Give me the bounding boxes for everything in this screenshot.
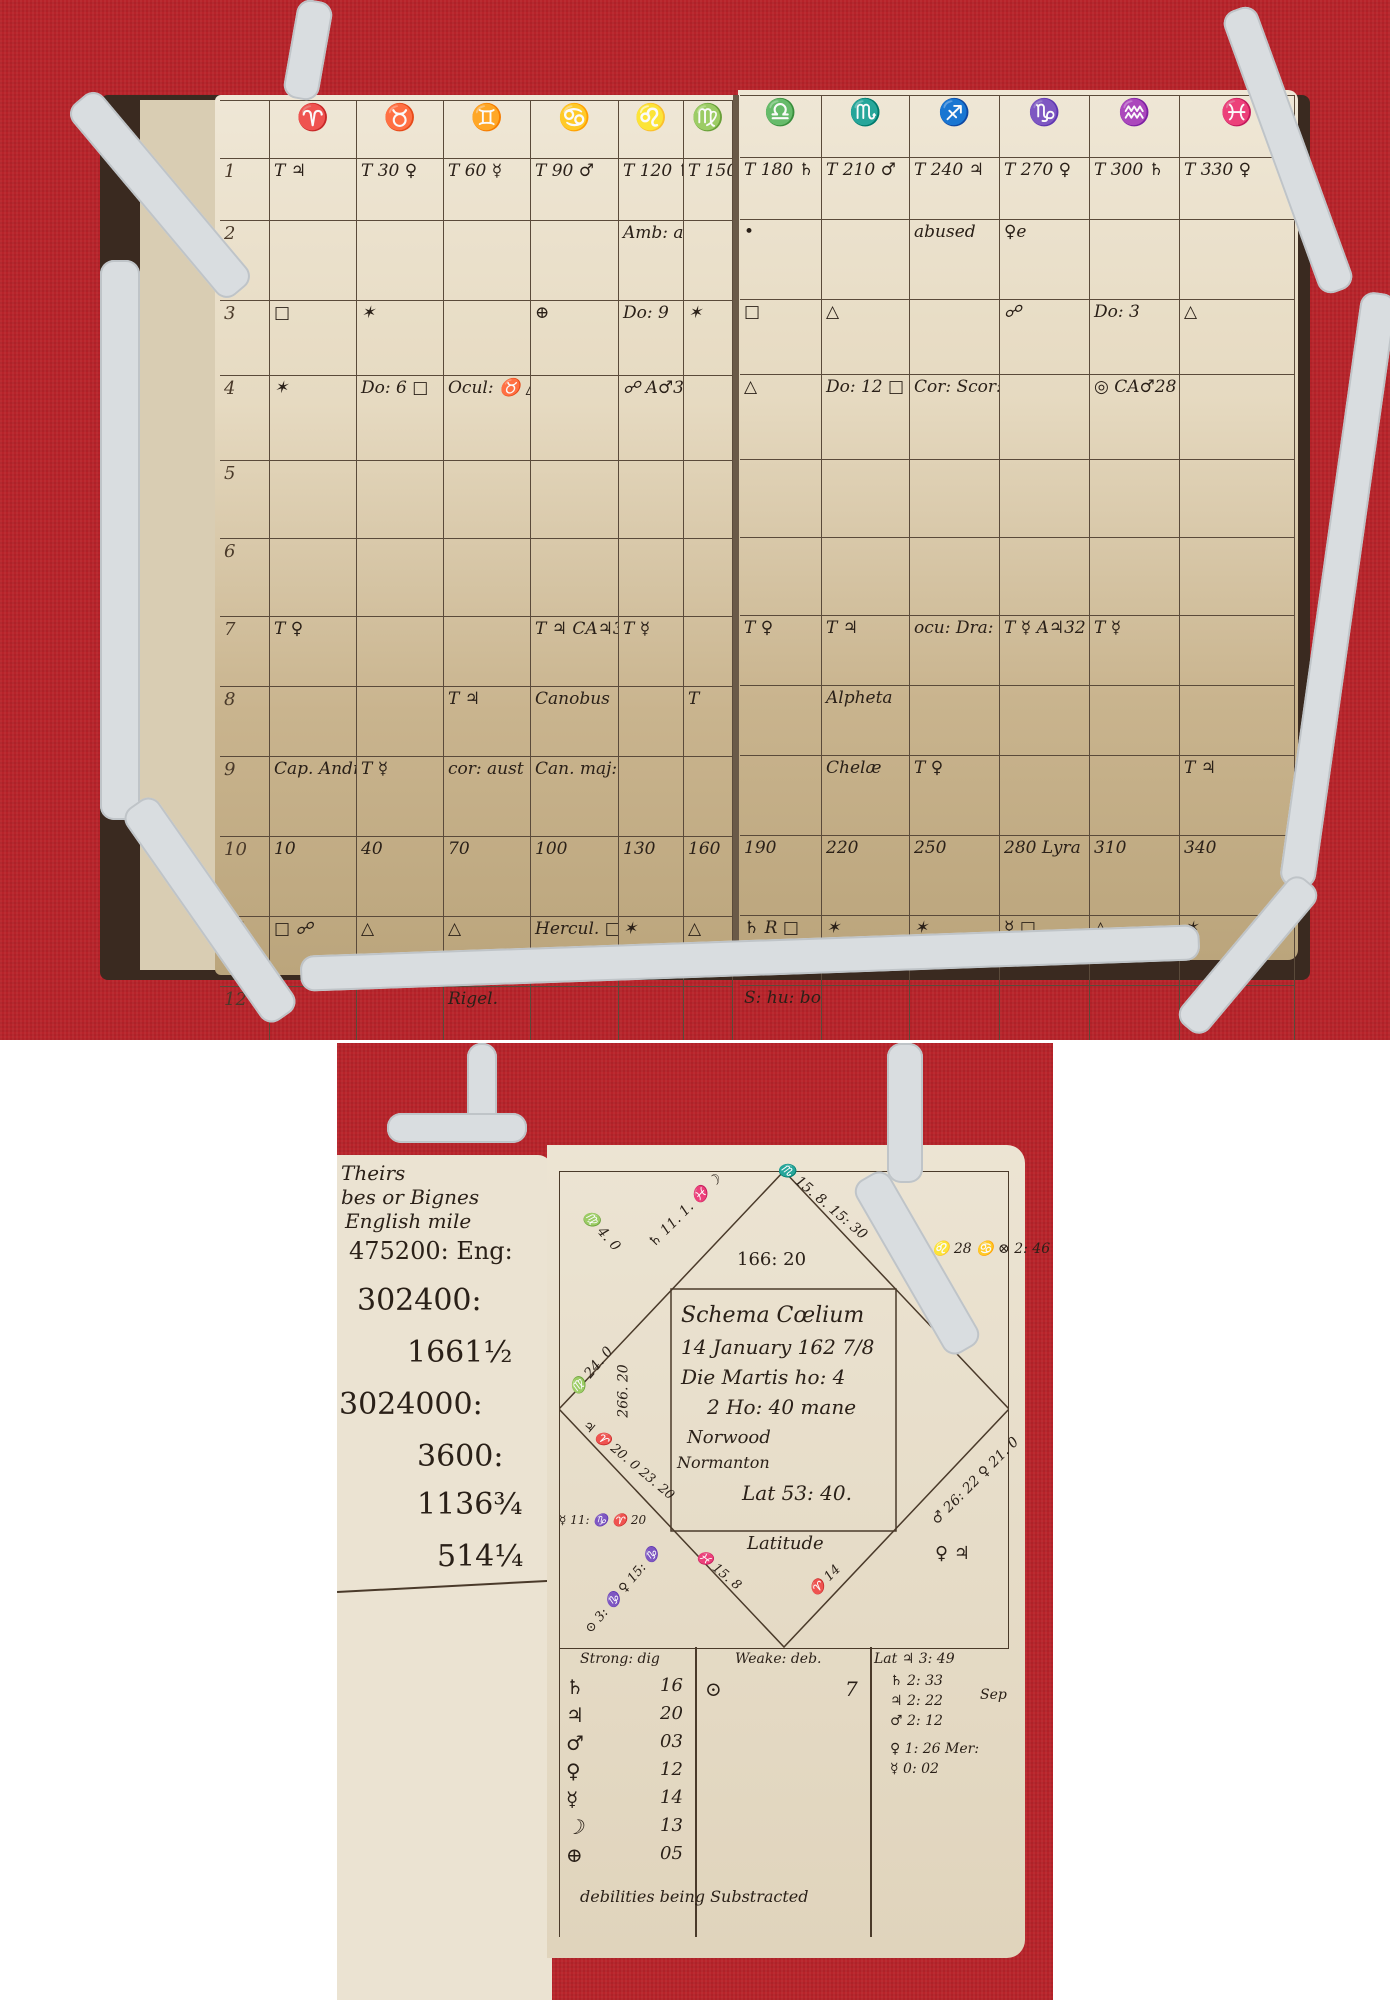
dignity-planet: ♀ <box>566 1759 581 1783</box>
table-cell <box>619 539 684 617</box>
table-cell <box>1180 375 1295 460</box>
sign-sagittarius: ♐ <box>910 96 1000 158</box>
table-cell <box>619 987 684 1040</box>
left-page-number: 302400: <box>357 1283 482 1318</box>
sign-aries: ♈ <box>270 101 357 159</box>
sign-libra: ♎ <box>740 96 822 158</box>
latitude-brace: Sep <box>980 1687 1007 1703</box>
chart-day: Die Martis ho: 4 <box>681 1365 845 1389</box>
chart-label: ☿ 11: ♑ ♈ 20 <box>559 1513 646 1527</box>
table-cell: 70 <box>444 837 531 917</box>
table-cell: ✶ <box>270 376 357 461</box>
sign-gemini: ♊ <box>444 101 531 159</box>
sign-capricorn: ♑ <box>1000 96 1090 158</box>
table-cell <box>1000 375 1090 460</box>
dignity-value: 03 <box>660 1731 683 1752</box>
table-cell: T 30 ♀ <box>357 159 444 221</box>
dignities-table: Strong: dig Weake: deb. Lat ♃ 3: 49 ♄ 16… <box>559 1647 1008 1937</box>
row-number: 6 <box>220 539 270 617</box>
table-cell <box>822 220 910 300</box>
table-cell <box>822 460 910 538</box>
table-cell: T <box>684 687 733 757</box>
chart-label: ♀ ♃ <box>935 1543 970 1564</box>
table-cell <box>1180 686 1295 756</box>
debility-planet: ⊙ <box>705 1677 722 1701</box>
right-aspect-table: ♎ ♏ ♐ ♑ ♒ ♓ T 180 ♄ T 210 ♂ T 240 ♃ T 27… <box>740 95 1295 956</box>
table-cell: Ocul: ♉ △ <box>444 376 531 461</box>
row-number: 9 <box>220 757 270 837</box>
gutter <box>733 95 739 965</box>
table-cell: T ♃ <box>444 687 531 757</box>
left-page-number: 3600: <box>417 1439 503 1474</box>
table-cell <box>1000 986 1090 1040</box>
table-cell <box>740 460 822 538</box>
dignity-value: 14 <box>660 1787 683 1808</box>
table-cell <box>684 617 733 687</box>
sign-aquarius: ♒ <box>1090 96 1180 158</box>
table-cell <box>619 461 684 539</box>
left-page-header: English mile <box>345 1209 471 1233</box>
table-cell <box>684 376 733 461</box>
table-cell <box>1090 756 1180 836</box>
table-cell: T 90 ♂ <box>531 159 619 221</box>
table-cell: Alpheta <box>822 686 910 756</box>
table-cell <box>357 461 444 539</box>
table-cell <box>357 687 444 757</box>
table-cell: 100 <box>531 837 619 917</box>
table-cell: Cor: Scor: ✶ <box>910 375 1000 460</box>
latitude-row: ♄ 2: 33 <box>890 1673 943 1689</box>
left-page-header: Theirs <box>341 1161 405 1185</box>
row-number: 3 <box>220 301 270 376</box>
dignity-planet: ☽ <box>566 1815 584 1839</box>
table-cell <box>1180 538 1295 616</box>
sign-scorpio: ♏ <box>822 96 910 158</box>
table-cell <box>684 539 733 617</box>
sign-leo: ♌ <box>619 101 684 159</box>
dignity-value: 20 <box>660 1703 683 1724</box>
table-cell: • <box>740 220 822 300</box>
table-cell: T 210 ♂ <box>822 158 910 220</box>
table-cell <box>270 461 357 539</box>
table-cell: △ <box>1180 300 1295 375</box>
chart-date: 14 January 162 7/8 <box>681 1335 874 1359</box>
table-cell: 40 <box>357 837 444 917</box>
row-number: 1 <box>220 159 270 221</box>
chart-label: ♌ 28 ♋ ⊗ 2: 46 <box>932 1241 1050 1257</box>
table-cell <box>444 221 531 301</box>
row-number: 4 <box>220 376 270 461</box>
latitude-row: ♀ 1: 26 Mer: <box>890 1741 979 1757</box>
table-cell <box>1000 686 1090 756</box>
table-cell <box>444 617 531 687</box>
table-cell: □ <box>270 301 357 376</box>
sign-virgo: ♍ <box>684 101 733 159</box>
left-aspect-table: ♈ ♉ ♊ ♋ ♌ ♍ 1 T ♃ T 30 ♀ T 60 ☿ T 90 ♂ T… <box>220 100 733 971</box>
table-cell: △ <box>740 375 822 460</box>
table-cell <box>910 986 1000 1040</box>
table-cell: T 270 ♀ <box>1000 158 1090 220</box>
table-cell: 190 <box>740 836 822 916</box>
sign-cancer: ♋ <box>531 101 619 159</box>
row-number: 5 <box>220 461 270 539</box>
table-cell <box>1180 616 1295 686</box>
table-cell: 160 <box>684 837 733 917</box>
table-cell <box>684 987 733 1040</box>
ribbon-strap <box>387 1113 527 1143</box>
latitude-row: ♃ 2: 22 <box>890 1693 943 1709</box>
dignity-value: 13 <box>660 1815 683 1836</box>
col-header: Weake: deb. <box>735 1651 821 1667</box>
debility-value: 7 <box>845 1677 858 1701</box>
chart-latitude: Lat 53: 40. <box>742 1481 852 1505</box>
table-cell <box>822 538 910 616</box>
table-cell: T ♀ <box>740 616 822 686</box>
table-cell <box>444 301 531 376</box>
table-cell <box>1180 220 1295 300</box>
table-cell <box>270 221 357 301</box>
chart-label: 266. 20 <box>616 1364 632 1417</box>
table-cell: △ <box>822 300 910 375</box>
dignity-planet: ☿ <box>566 1787 578 1811</box>
chart-label: 166: 20 <box>737 1249 806 1270</box>
table-cell: T 180 ♄ <box>740 158 822 220</box>
table-cell: 250 <box>910 836 1000 916</box>
left-page-number: 1136¾ <box>417 1487 522 1522</box>
table-cell <box>1090 986 1180 1040</box>
ribbon-strap <box>100 260 140 820</box>
table-cell: Do: 6 □ <box>357 376 444 461</box>
table-cell <box>531 539 619 617</box>
table-cell: Rigel. <box>444 987 531 1040</box>
table-cell: ✶ <box>684 301 733 376</box>
table-cell: T 150 <box>684 159 733 221</box>
table-cell: ♀e <box>1000 220 1090 300</box>
table-cell <box>1090 220 1180 300</box>
table-cell <box>444 539 531 617</box>
table-cell <box>1090 686 1180 756</box>
table-cell: Do: 9 <box>619 301 684 376</box>
col-header: Strong: dig <box>580 1651 660 1667</box>
table-cell <box>910 300 1000 375</box>
table-cell <box>270 687 357 757</box>
table-cell: Do: 12 □ <box>822 375 910 460</box>
sign-taurus: ♉ <box>357 101 444 159</box>
table-footer: debilities being Substracted <box>580 1887 809 1906</box>
ribbon-strap <box>887 1043 923 1183</box>
chart-place1: Norwood <box>687 1427 771 1448</box>
table-cell: Canobus <box>531 687 619 757</box>
table-cell: abused <box>910 220 1000 300</box>
latitude-row: ♂ 2: 12 <box>890 1713 943 1729</box>
table-cell <box>1000 460 1090 538</box>
left-page-number: 514¼ <box>437 1539 523 1574</box>
left-page-number: 3024000: <box>339 1387 483 1422</box>
table-cell: T ♀ <box>270 617 357 687</box>
table-cell: 280 Lyra <box>1000 836 1090 916</box>
table-cell <box>1090 460 1180 538</box>
table-cell <box>822 986 910 1040</box>
table-cell <box>531 461 619 539</box>
table-cell <box>740 756 822 836</box>
table-cell <box>1000 756 1090 836</box>
table-cell: Amb: alet <box>619 221 684 301</box>
left-page-header: bes or Bignes <box>341 1185 479 1209</box>
latitude-row: ☿ 0: 02 <box>890 1761 939 1777</box>
table-cell <box>740 686 822 756</box>
left-page-number: 1661½ <box>407 1335 512 1370</box>
dignity-planet: ♂ <box>566 1731 584 1755</box>
table-cell <box>910 538 1000 616</box>
left-page <box>337 1155 552 2000</box>
dignity-planet: ⊕ <box>566 1843 583 1867</box>
table-cell: cor: aust ♉ <box>444 757 531 837</box>
table-cell <box>270 539 357 617</box>
table-cell: 130 <box>619 837 684 917</box>
table-cell <box>531 221 619 301</box>
table-cell <box>357 987 444 1040</box>
table-cell <box>910 460 1000 538</box>
table-cell <box>1000 538 1090 616</box>
table-cell: Chelæ <box>822 756 910 836</box>
almanac-table-photo: ♈ ♉ ♊ ♋ ♌ ♍ 1 T ♃ T 30 ♀ T 60 ☿ T 90 ♂ T… <box>0 0 1390 1040</box>
table-cell <box>684 221 733 301</box>
table-cell: T 120 ♄ <box>619 159 684 221</box>
table-cell: T ♃ <box>822 616 910 686</box>
table-cell: T ☿ <box>619 617 684 687</box>
table-cell <box>910 686 1000 756</box>
table-cell: ◎ CA♂28 <box>1090 375 1180 460</box>
dignity-planet: ♃ <box>566 1703 584 1727</box>
table-cell: ✶ <box>357 301 444 376</box>
table-cell <box>1180 460 1295 538</box>
chart-title: Schema Cœlium <box>681 1303 864 1328</box>
chart-label: Latitude <box>747 1533 824 1554</box>
table-cell: □ <box>740 300 822 375</box>
table-cell <box>619 757 684 837</box>
table-cell: T 300 ♄ <box>1090 158 1180 220</box>
table-cell: Cap. Andr: <box>270 757 357 837</box>
table-cell: ☍ <box>1000 300 1090 375</box>
row-number: 7 <box>220 617 270 687</box>
table-cell: T ♃ CA♃32 <box>531 617 619 687</box>
chart-place2: Normanton <box>677 1453 770 1472</box>
table-cell: S: hu: boots <box>740 986 822 1040</box>
table-cell: T ♃ <box>1180 756 1295 836</box>
table-cell <box>531 376 619 461</box>
table-cell <box>531 987 619 1040</box>
col-header: Lat ♃ 3: 49 <box>874 1651 955 1667</box>
table-cell: Can. maj: <box>531 757 619 837</box>
table-cell: T 240 ♃ <box>910 158 1000 220</box>
dignity-value: 12 <box>660 1759 683 1780</box>
table-cell: T ☿ <box>357 757 444 837</box>
table-cell: T ☿ A♃32 <box>1000 616 1090 686</box>
col-divider <box>870 1647 872 1937</box>
table-cell: T ♃ <box>270 159 357 221</box>
row-number: 8 <box>220 687 270 757</box>
dignity-value: 16 <box>660 1675 683 1696</box>
table-cell: ☍ A♂38 <box>619 376 684 461</box>
table-cell: 310 <box>1090 836 1180 916</box>
chart-time: 2 Ho: 40 mane <box>707 1395 856 1419</box>
table-cell: ⊕ <box>531 301 619 376</box>
table-cell <box>444 461 531 539</box>
left-page-number: 475200: Eng: <box>349 1237 513 1265</box>
table-cell <box>357 539 444 617</box>
table-cell <box>357 617 444 687</box>
dignity-planet: ♄ <box>566 1675 584 1699</box>
dignity-value: 05 <box>660 1843 683 1864</box>
table-cell <box>1090 538 1180 616</box>
table-cell: T 60 ☿ <box>444 159 531 221</box>
table-cell <box>740 538 822 616</box>
ribbon-strap <box>282 0 335 102</box>
horoscope-photo: Theirs bes or Bignes English mile 475200… <box>337 1043 1053 2000</box>
table-cell: T ☿ <box>1090 616 1180 686</box>
table-cell <box>619 687 684 757</box>
table-cell: ocu: Dra: <box>910 616 1000 686</box>
table-cell: T ♀ <box>910 756 1000 836</box>
table-cell: 220 <box>822 836 910 916</box>
table-cell <box>684 461 733 539</box>
table-cell: 10 <box>270 837 357 917</box>
row-number-cell <box>220 101 270 159</box>
table-cell <box>684 757 733 837</box>
table-cell <box>357 221 444 301</box>
table-cell: Do: 3 <box>1090 300 1180 375</box>
